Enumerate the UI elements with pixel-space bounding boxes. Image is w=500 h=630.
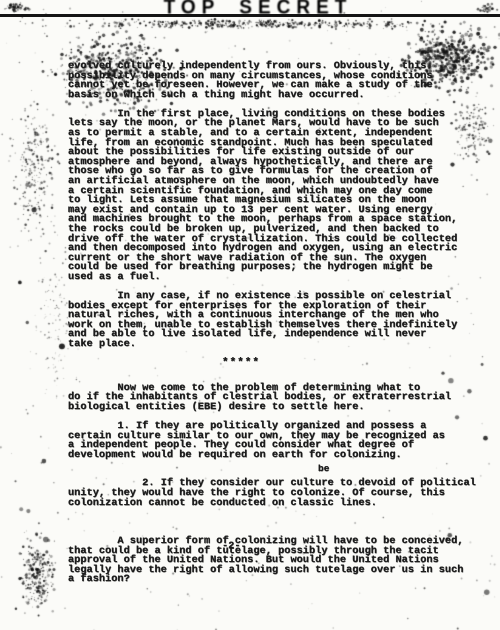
top-secret-stamp-text: TOP SECRET (164, 0, 353, 14)
body-paragraph: 2. If they consider our culture to devoi… (68, 470, 472, 528)
body-paragraph: In the first place, living conditions on… (68, 110, 472, 283)
body-paragraph: A superior form of colonizing will have … (68, 537, 472, 585)
top-secret-stamp: TOP SECRET (0, 0, 500, 14)
body-paragraph: Now we come to the problem of determinin… (68, 384, 472, 413)
body-paragraph: In any case, if no existence is possible… (68, 292, 472, 350)
section-separator: ***** (222, 359, 472, 369)
header-rule (0, 14, 500, 17)
body-paragraph-text: 2. If they consider our culture to devoi… (68, 477, 476, 508)
document-body: evolved culturely independently from our… (68, 62, 472, 594)
page-number: -2- (222, 540, 241, 552)
body-paragraph: 1. If they are politically organized and… (68, 422, 472, 460)
typed-insertion-be: be (318, 464, 329, 473)
body-paragraph: evolved culturely independently from our… (68, 62, 472, 100)
